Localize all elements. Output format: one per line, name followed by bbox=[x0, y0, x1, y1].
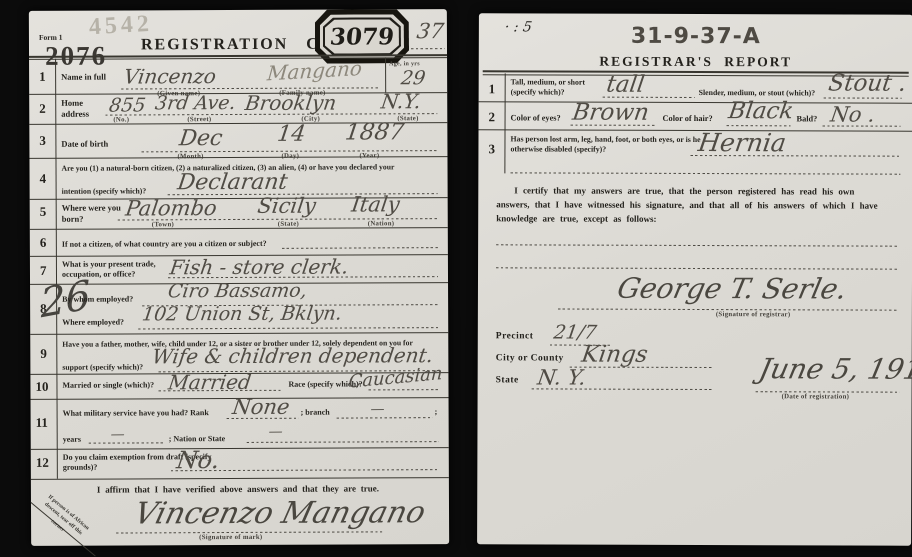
dotted-line bbox=[496, 266, 898, 269]
city-county-label: City or County bbox=[496, 353, 564, 365]
report-stamp-number: 31-9-37-A bbox=[479, 23, 912, 50]
row-number: 2 bbox=[39, 101, 46, 117]
eyes-label: Color of eyes? bbox=[511, 113, 561, 124]
dotted-line bbox=[756, 390, 900, 392]
dependents-value: Wife & children dependent. bbox=[151, 343, 435, 368]
state-value: N. Y. bbox=[536, 365, 588, 389]
dotted-line bbox=[138, 326, 438, 329]
row-divider bbox=[30, 332, 448, 335]
row-divider bbox=[479, 129, 912, 132]
dotted-line bbox=[337, 416, 433, 418]
nation-value: — bbox=[268, 424, 284, 440]
born-label: Where were you born? bbox=[62, 203, 124, 225]
build-value: Stout . bbox=[827, 70, 908, 96]
born-town-value: Palombo bbox=[124, 196, 218, 220]
boxed-stamp-number: 3079 bbox=[329, 23, 396, 50]
military-label: What military service have you had? Rank bbox=[63, 408, 209, 419]
dotted-line bbox=[282, 246, 438, 248]
employer-value: Ciro Bassamo, bbox=[167, 280, 309, 303]
dob-year-value: 1887 bbox=[344, 119, 406, 145]
height-value: tall bbox=[605, 72, 646, 98]
row-number: 11 bbox=[36, 415, 48, 431]
side-number-handwritten: 37 bbox=[415, 19, 445, 43]
dotted-line bbox=[89, 441, 165, 443]
row-number: 4 bbox=[40, 171, 47, 187]
where-employed-label: Where employed? bbox=[62, 318, 124, 328]
row-divider bbox=[31, 447, 449, 450]
registration-date-caption: (Date of registration) bbox=[782, 393, 850, 400]
years-label: years bbox=[63, 435, 81, 445]
row-number: 12 bbox=[36, 455, 49, 471]
bald-label: Bald? bbox=[797, 114, 818, 124]
hair-label: Color of hair? bbox=[663, 114, 713, 125]
registration-date-value: June 5, 1917 bbox=[756, 352, 912, 386]
address-no-value: 855 bbox=[108, 94, 147, 116]
number-column-rule bbox=[504, 73, 505, 173]
dob-month-value: Dec bbox=[178, 126, 224, 151]
dotted-line bbox=[496, 243, 898, 246]
registrar-signature-caption: (Signature of registrar) bbox=[716, 311, 791, 318]
row-number: 3 bbox=[488, 141, 495, 157]
dotted-line bbox=[510, 171, 900, 174]
registration-card: Form 1 4542 2076 REGISTRATION CARD 3079 … bbox=[29, 9, 449, 546]
dob-day-value: 14 bbox=[276, 122, 307, 147]
not-citizen-question: If not a citizen, of what country are yo… bbox=[62, 239, 267, 250]
citizen-value: Declarant bbox=[176, 170, 289, 195]
row-divider bbox=[29, 156, 447, 159]
report-title: REGISTRAR'S REPORT bbox=[479, 53, 912, 71]
dotted-line bbox=[247, 440, 439, 442]
row-number: 7 bbox=[40, 263, 47, 279]
row-number: 9 bbox=[40, 346, 47, 362]
dotted-line bbox=[411, 47, 445, 49]
home-address-label: Home address bbox=[61, 98, 107, 119]
address-street-value: 3rd Ave. bbox=[154, 92, 237, 114]
where-employed-value: 102 Union St, Bklyn. bbox=[141, 303, 344, 326]
semicolon: ; bbox=[435, 407, 438, 417]
row-number: 1 bbox=[39, 69, 46, 85]
nation-or-state-label: ; Nation or State bbox=[169, 434, 226, 445]
row-number: 10 bbox=[35, 379, 48, 395]
dob-label: Date of birth bbox=[61, 139, 108, 150]
corner-note: If person is of African descent, tear of… bbox=[31, 489, 96, 549]
address-state-value: N.Y. bbox=[380, 89, 423, 113]
age-column-rule bbox=[385, 57, 386, 92]
stamp-box-face: 3079 bbox=[325, 19, 399, 53]
certification-line3: knowledge are true, except as follows: bbox=[496, 213, 656, 225]
registrant-signature: Vincenzo Mangano bbox=[131, 495, 429, 531]
exemption-value: No. bbox=[175, 446, 221, 474]
precinct-value: 21/7 bbox=[552, 322, 598, 344]
family-name-value: Mangano bbox=[266, 56, 363, 86]
state-label: State bbox=[496, 375, 519, 387]
dotted-line bbox=[727, 124, 791, 126]
dotted-line bbox=[116, 530, 382, 533]
affirmation-text: I affirm that I have verified above answ… bbox=[97, 483, 379, 495]
row-number: 6 bbox=[40, 235, 47, 251]
born-nation-value: Italy bbox=[350, 192, 401, 216]
signature-caption: (Signature of mark) bbox=[199, 534, 262, 541]
row-divider bbox=[31, 477, 449, 480]
dotted-line bbox=[558, 308, 898, 311]
certification-line1: I certify that my answers are true, that… bbox=[514, 185, 854, 197]
row-number: 2 bbox=[489, 109, 496, 125]
age-value: 29 bbox=[400, 67, 427, 89]
given-name-value: Vincenzo bbox=[122, 64, 217, 88]
precinct-label: Precinct bbox=[496, 331, 534, 343]
dotted-line bbox=[824, 96, 902, 98]
years-value: — bbox=[110, 426, 126, 442]
born-state-value: Sicily bbox=[256, 194, 317, 218]
branch-label: ; branch bbox=[301, 408, 330, 419]
married-value: Married bbox=[167, 370, 253, 394]
stamp-box-inner-border: 3079 bbox=[323, 17, 401, 55]
hair-value: Black bbox=[727, 98, 796, 124]
registrars-report-card: · : 5 31-9-37-A REGISTRAR'S REPORT 1 2 3… bbox=[477, 13, 912, 546]
registrar-signature: George T. Serle. bbox=[614, 272, 850, 306]
name-label: Name in full bbox=[61, 72, 106, 83]
certification-line2: answers, that I have witnessed his signa… bbox=[496, 199, 877, 212]
trade-value: Fish - store clerk. bbox=[168, 255, 350, 280]
eyes-value: Brown bbox=[571, 100, 651, 126]
dependents-question-line2: support (specify which)? bbox=[62, 362, 143, 372]
disability-value: Hernia bbox=[696, 128, 788, 157]
stamp-box-gap: 3079 bbox=[320, 14, 404, 58]
row-number: 5 bbox=[40, 204, 47, 220]
bald-value: No . bbox=[829, 102, 877, 126]
row-number: 1 bbox=[489, 81, 496, 97]
employer-label: By whom employed? bbox=[62, 294, 133, 304]
address-city-value: Brooklyn bbox=[244, 91, 338, 115]
scanned-draft-card: Form 1 4542 2076 REGISTRATION CARD 3079 … bbox=[0, 0, 912, 557]
row-divider bbox=[30, 227, 448, 230]
citizen-question-line2: intention (specify which)? bbox=[62, 186, 147, 196]
build-label: Slender, medium, or stout (which)? bbox=[699, 88, 816, 99]
city-county-value: Kings bbox=[580, 342, 650, 368]
branch-value: — bbox=[369, 401, 385, 417]
married-label: Married or single (which)? bbox=[62, 380, 154, 391]
row-number: 3 bbox=[39, 133, 46, 149]
rank-value: None bbox=[231, 395, 291, 419]
disability-label: Has person lost arm, leg, hand, foot, or… bbox=[510, 134, 708, 155]
number-column-rule bbox=[55, 59, 58, 479]
build-height-label: Tall, medium, or short (specify which)? bbox=[511, 77, 611, 98]
